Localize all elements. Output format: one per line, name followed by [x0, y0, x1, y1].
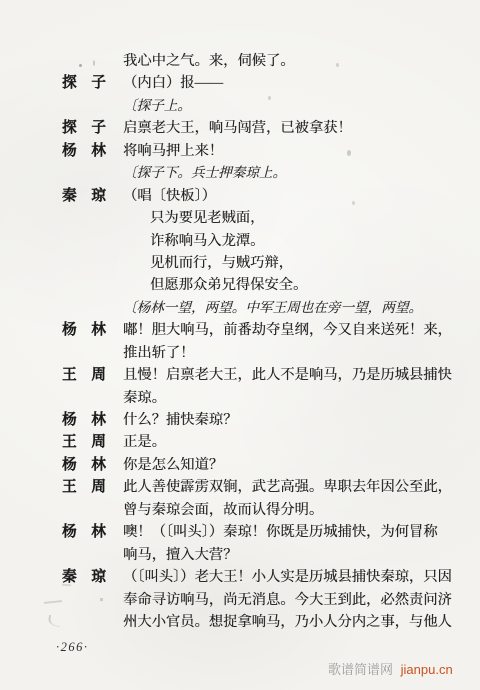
line-text: 推出斩了！ [123, 345, 194, 361]
line-text: 但愿那众弟兄得保安全。 [150, 277, 307, 293]
line-text: 响马，擅入大营？ [123, 547, 237, 563]
line-text: 你是怎么知道？ [123, 457, 223, 473]
speaker-name: 探 子 [62, 72, 123, 94]
dialogue-line: 秦 琼（〔叫头〕）老大王！小人实是历城县捕快秦琼，只因 [62, 566, 454, 588]
speaker-name: 杨 林 [62, 521, 123, 543]
page-number: ·266· [56, 640, 89, 655]
stage-direction-line: 〔探子上。 [62, 95, 454, 117]
speaker-name: 杨 林 [62, 409, 123, 431]
line-text: 奉命寻访响马，尚无消息。今大王到此，必然责问济 [123, 592, 452, 608]
speaker-name: 秦 琼 [62, 185, 123, 207]
speaker-name: 秦 琼 [62, 566, 123, 588]
watermark-site-url: jianpu.cn [401, 662, 453, 677]
speaker-name: 杨 林 [62, 454, 123, 476]
pencil-mark [47, 615, 62, 627]
scan-speck [268, 96, 271, 100]
scan-speck [79, 64, 82, 67]
line-text: 此人善使霹雳双锏，武艺高强。卑职去年因公至此， [123, 479, 452, 495]
stage-direction-line: 〔杨林一望，两望。中军王周也在旁一望，两望。 [62, 297, 454, 319]
speaker-name: 杨 林 [62, 319, 123, 341]
dialogue-line: 王 周此人善使霹雳双锏，武艺高强。卑职去年因公至此， [62, 476, 454, 498]
lyric-line: 诈称响马入龙潭。 [62, 230, 454, 252]
lyric-line: 但愿那众弟兄得保安全。 [62, 274, 454, 296]
line-text: 〔探子下。兵士押秦琼上。 [123, 165, 286, 180]
watermark: 歌谱简谱网 jianpu.cn [328, 659, 453, 678]
line-text: 只为要见老贼面， [150, 210, 264, 226]
dialogue-line: 王 周正是。 [62, 431, 454, 453]
dialogue-line: 杨 林什么？捕快秦琼？ [62, 409, 454, 431]
speaker-name: 杨 林 [62, 140, 123, 162]
line-text: 曾与秦琼会面，故而认得分明。 [123, 502, 323, 518]
scan-speck [347, 150, 351, 156]
line-text: 州大小官员。想捉拿响马，乃小人分内之事，与他人 [123, 614, 452, 630]
speaker-name: 王 周 [62, 476, 123, 498]
scan-speck [93, 60, 95, 66]
stage-direction-line: 〔探子下。兵士押秦琼上。 [62, 162, 454, 184]
line-text: 什么？捕快秦琼？ [123, 412, 237, 428]
line-text: 秦琼。 [123, 390, 166, 406]
dialogue-line: 杨 林你是怎么知道？ [62, 454, 454, 476]
lyric-line: 见机而行，与贼巧辩， [62, 252, 454, 274]
dialogue-continuation-line: 推出斩了！ [62, 342, 454, 364]
line-text: （内白）报—— [123, 75, 223, 91]
scan-speck [336, 63, 339, 67]
watermark-site-name: 歌谱简谱网 [328, 662, 393, 677]
line-text: 正是。 [123, 434, 166, 450]
line-text: 〔探子上。 [123, 98, 191, 113]
script-text-block: 我心中之气。来，伺候了。 探 子（内白）报—— 〔探子上。 探 子启禀老大王，响… [62, 50, 454, 633]
dialogue-line: 探 子（内白）报—— [62, 72, 454, 94]
line-text: 〔杨林一望，两望。中军王周也在旁一望，两望。 [123, 300, 422, 315]
dialogue-continuation-line: 我心中之气。来，伺候了。 [62, 50, 454, 72]
line-text: 且慢！启禀老大王，此人不是响马，乃是历城县捕快 [123, 367, 452, 383]
line-text: 我心中之气。来，伺候了。 [123, 53, 295, 69]
dialogue-line: 杨 林将响马押上来！ [62, 140, 454, 162]
dialogue-continuation-line: 秦琼。 [62, 387, 454, 409]
speaker-name: 王 周 [62, 364, 123, 386]
line-text: （唱〔快板〕） [123, 188, 216, 204]
dialogue-continuation-line: 响马，擅入大营？ [62, 544, 454, 566]
line-text: 噢！（〔叫头〕）秦琼！你既是历城捕快，为何冒称 [123, 524, 438, 540]
line-text: 将响马押上来！ [123, 143, 223, 159]
speaker-name: 探 子 [62, 117, 123, 139]
speaker-name: 王 周 [62, 431, 123, 453]
scan-speck [352, 201, 355, 205]
pencil-mark [44, 600, 62, 604]
dialogue-line: 王 周且慢！启禀老大王，此人不是响马，乃是历城县捕快 [62, 364, 454, 386]
dialogue-line: 探 子启禀老大王，响马闯营，已被拿获！ [62, 117, 454, 139]
line-text: 见机而行，与贼巧辩， [150, 255, 293, 271]
pencil-mark [100, 598, 103, 601]
line-text: 嘟！胆大响马，前番劫夺皇纲，今又自来送死！来， [123, 322, 452, 338]
dialogue-line: 杨 林嘟！胆大响马，前番劫夺皇纲，今又自来送死！来， [62, 319, 454, 341]
book-page: 我心中之气。来，伺候了。 探 子（内白）报—— 〔探子上。 探 子启禀老大王，响… [0, 0, 480, 690]
dialogue-line: 杨 林噢！（〔叫头〕）秦琼！你既是历城捕快，为何冒称 [62, 521, 454, 543]
lyric-line: 只为要见老贼面， [62, 207, 454, 229]
dialogue-continuation-line: 州大小官员。想捉拿响马，乃小人分内之事，与他人 [62, 611, 454, 633]
line-text: 诈称响马入龙潭。 [150, 233, 264, 249]
line-text: 启禀老大王，响马闯营，已被拿获！ [123, 120, 352, 136]
dialogue-continuation-line: 曾与秦琼会面，故而认得分明。 [62, 499, 454, 521]
dialogue-continuation-line: 奉命寻访响马，尚无消息。今大王到此，必然责问济 [62, 589, 454, 611]
dialogue-line: 秦 琼（唱〔快板〕） [62, 185, 454, 207]
line-text: （〔叫头〕）老大王！小人实是历城县捕快秦琼，只因 [123, 569, 452, 585]
